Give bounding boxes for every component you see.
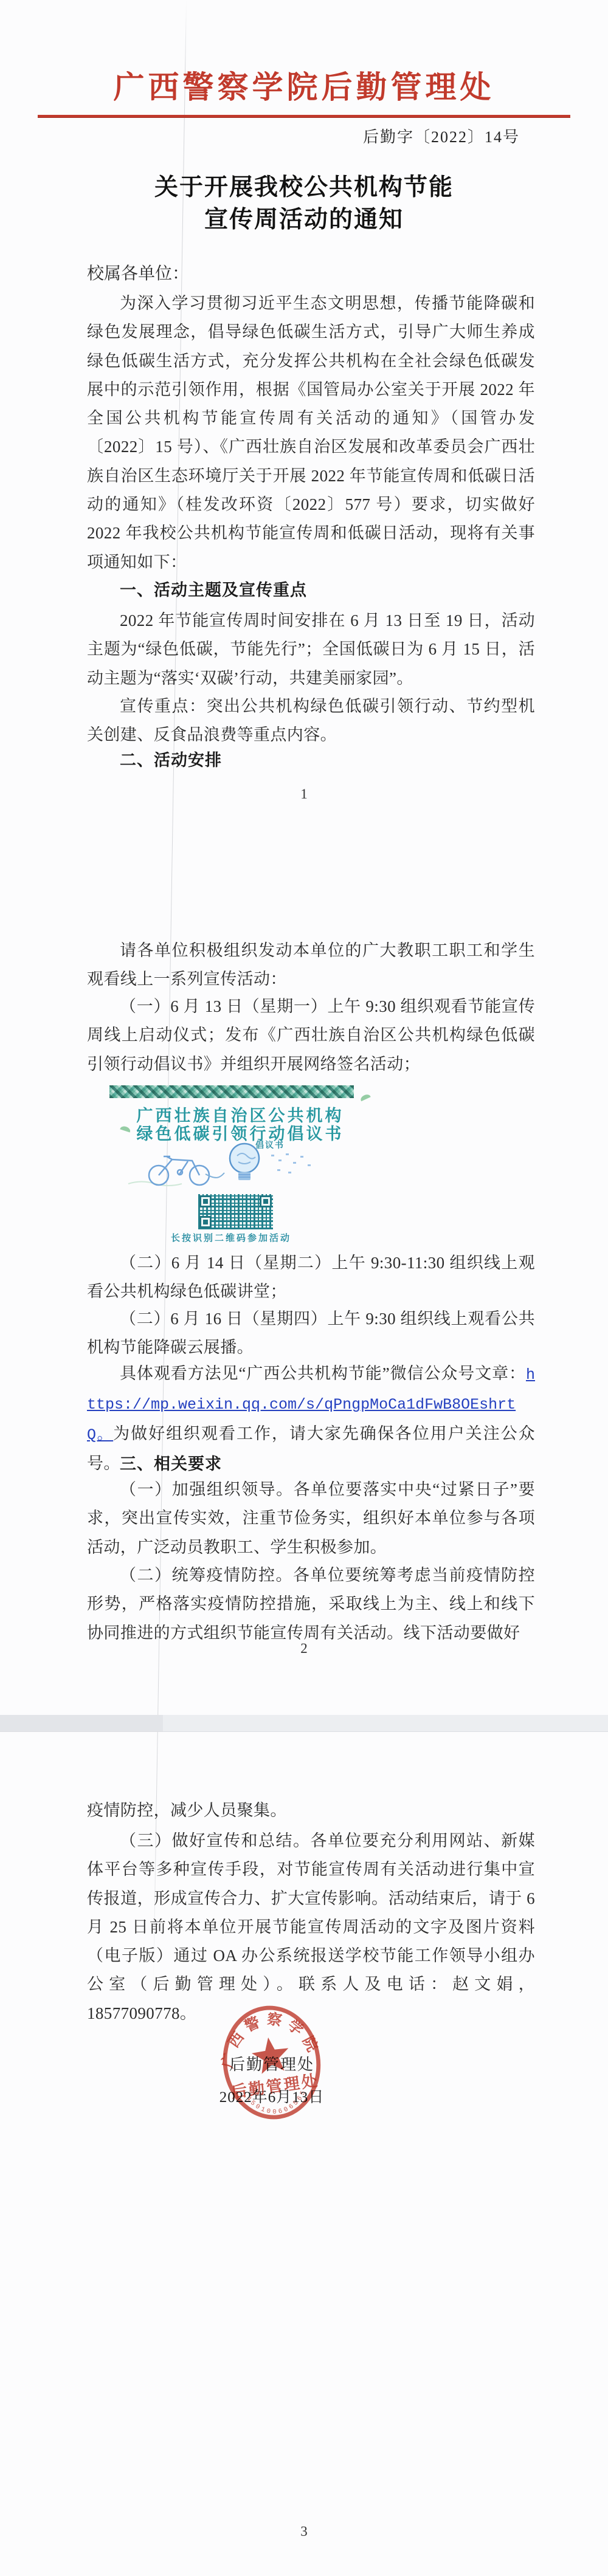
- leaf-icon: [359, 1093, 370, 1102]
- qr-caption: 长按识别二维码参加活动: [85, 1231, 377, 1244]
- seal-star: [250, 2035, 291, 2075]
- page-number-1: 1: [0, 786, 608, 802]
- paragraph-theme: 2022 年节能宣传周时间安排在 6 月 13 日至 19 日，活动主题为“绿色…: [87, 606, 535, 693]
- paragraph-req2: （二）统筹疫情防控。各单位要统筹考虑当前疫情防控形势，严格落实疫情防控措施，采取…: [87, 1561, 535, 1647]
- section-heading-2: 二、活动安排: [87, 748, 535, 772]
- scan-shadow-band-dark: [0, 1715, 163, 1731]
- notice-title-line1: 关于开展我校公共机构节能: [0, 171, 608, 204]
- paragraph-intro: 为深入学习贯彻习近平生态文明思想，传播节能降碳和绿色发展理念，倡导绿色低碳生活方…: [87, 289, 535, 577]
- page-number-3: 3: [0, 2524, 608, 2540]
- notice-title-line2: 宣传周活动的通知: [0, 204, 608, 236]
- paragraph-item1: （一）6 月 13 日（星期一）上午 9:30 组织观看节能宣传周线上启动仪式；…: [87, 992, 535, 1079]
- watch-intro-text: 具体观看方法见“广西公共机构节能”微信公众号文章：: [120, 1364, 526, 1382]
- paragraph-invite: 请各单位积极组织发动本单位的广大教职工职工和学生观看线上一系列宣传活动：: [87, 936, 535, 994]
- paragraph-req1: （一）加强组织领导。各单位要落实中央“过紧日子”要求，突出宣传实效，注重节俭务实…: [87, 1475, 535, 1562]
- paragraph-focus: 宣传重点：突出公共机构绿色低碳引领行动、节约型机关创建、反食品浪费等重点内容。: [87, 692, 535, 750]
- seal-banner-text: 后勤管理处: [230, 2071, 320, 2101]
- bicycle-icon: [149, 1156, 209, 1185]
- scanned-notice-document: 广西警察学院后勤管理处 后勤字〔2022〕14号 关于开展我校公共机构节能 宣传…: [0, 0, 608, 2576]
- paragraph-item2: （二）6 月 14 日（星期二）上午 9:30-11:30 组织线上观看公共机构…: [87, 1249, 535, 1307]
- proposal-banner-image: 广西壮族自治区公共机构 绿色低碳引领行动倡议书 倡议书: [85, 1083, 395, 1242]
- lightbulb-icon: [230, 1144, 259, 1180]
- red-masthead-title: 广西警察学院后勤管理处: [0, 64, 608, 112]
- salutation: 校属各单位：: [87, 260, 189, 284]
- page-number-2: 2: [0, 1641, 608, 1657]
- paragraph-item3: （二）6 月 16 日（星期四）上午 9:30 组织线上观看公共机构节能降碳云展…: [87, 1305, 535, 1362]
- section-heading-3: 三、相关要求: [87, 1452, 535, 1476]
- doc-number: 后勤字〔2022〕14号: [363, 125, 520, 147]
- masthead-rule: [38, 115, 570, 118]
- section-heading-1: 一、活动主题及宣传重点: [87, 578, 535, 602]
- ethnic-pattern-strip: [109, 1085, 354, 1098]
- notice-title: 关于开展我校公共机构节能 宣传周活动的通知: [0, 171, 608, 236]
- qr-code: [198, 1194, 273, 1229]
- sparkle-dots-icon: [271, 1153, 311, 1173]
- paragraph-req2-continued: 疫情防控，减少人员聚集。: [87, 1796, 535, 1825]
- official-seal: 广西警察学院 后勤管理处 450100606565: [204, 1991, 339, 2136]
- banner-illustration: [125, 1140, 332, 1191]
